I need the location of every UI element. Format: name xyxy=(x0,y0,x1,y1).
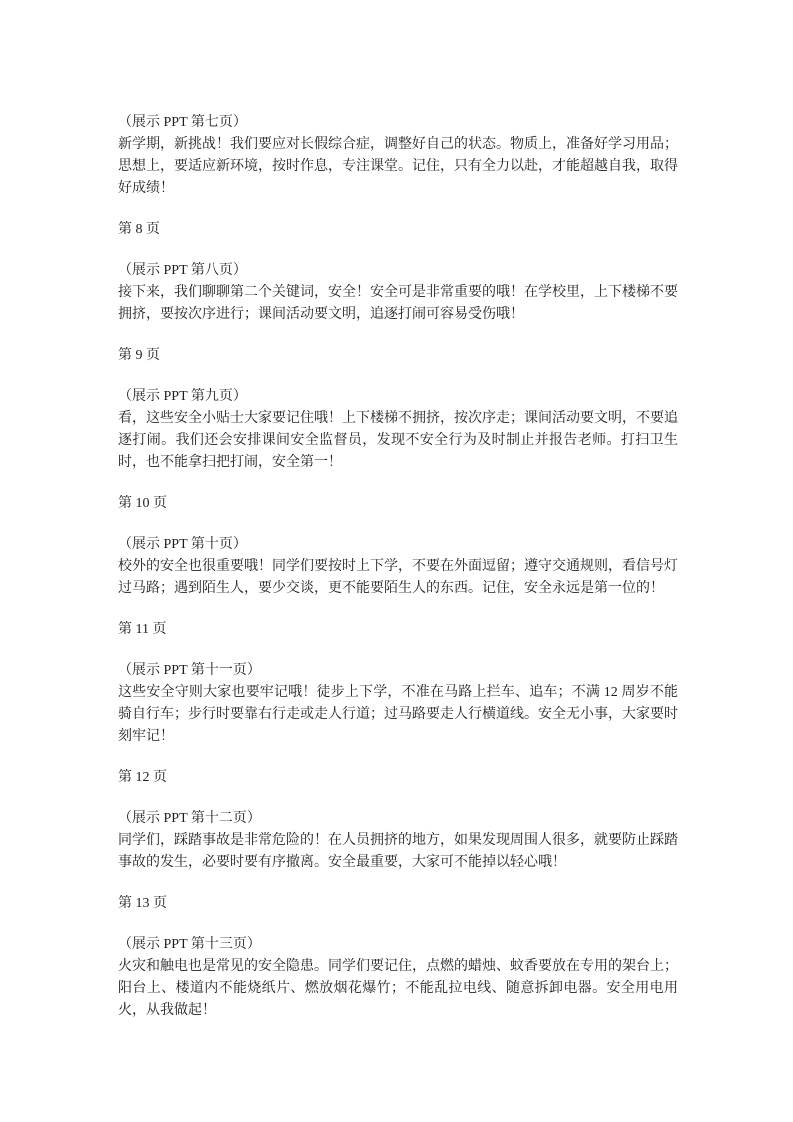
stage-direction: （展示 PPT 第七页） xyxy=(118,112,678,134)
stage-direction: （展示 PPT 第十三页） xyxy=(118,934,678,956)
stage-direction: （展示 PPT 第八页） xyxy=(118,260,678,282)
script-paragraph: 看，这些安全小贴士大家要记住哦！上下楼梯不拥挤，按次序走；课间活动要文明，不要追… xyxy=(118,408,678,474)
page-number-heading: 第 9 页 xyxy=(118,345,678,367)
stage-direction: （展示 PPT 第九页） xyxy=(118,386,678,408)
script-paragraph: 校外的安全也很重要哦！同学们要按时上下学，不要在外面逗留；遵守交通规则，看信号灯… xyxy=(118,556,678,600)
script-paragraph: 新学期，新挑战！我们要应对长假综合症，调整好自己的状态。物质上，准备好学习用品；… xyxy=(118,134,678,200)
document-page: （展示 PPT 第七页）新学期，新挑战！我们要应对长假综合症，调整好自己的状态。… xyxy=(0,0,793,1122)
script-paragraph: 这些安全守则大家也要牢记哦！徒步上下学，不准在马路上拦车、追车；不满 12 周岁… xyxy=(118,682,678,748)
stage-direction: （展示 PPT 第十一页） xyxy=(118,660,678,682)
page-number-heading: 第 12 页 xyxy=(118,767,678,789)
page-number-heading: 第 8 页 xyxy=(118,219,678,241)
page-number-heading: 第 11 页 xyxy=(118,619,678,641)
script-paragraph: 火灾和触电也是常见的安全隐患。同学们要记住，点燃的蜡烛、蚊香要放在专用的架台上；… xyxy=(118,956,678,1022)
stage-direction: （展示 PPT 第十页） xyxy=(118,534,678,556)
page-number-heading: 第 10 页 xyxy=(118,493,678,515)
script-paragraph: 接下来，我们聊聊第二个关键词，安全！安全可是非常重要的哦！在学校里，上下楼梯不要… xyxy=(118,282,678,326)
stage-direction: （展示 PPT 第十二页） xyxy=(118,808,678,830)
page-number-heading: 第 13 页 xyxy=(118,893,678,915)
script-paragraph: 同学们，踩踏事故是非常危险的！在人员拥挤的地方，如果发现周围人很多，就要防止踩踏… xyxy=(118,830,678,874)
document-content: （展示 PPT 第七页）新学期，新挑战！我们要应对长假综合症，调整好自己的状态。… xyxy=(0,0,793,1022)
